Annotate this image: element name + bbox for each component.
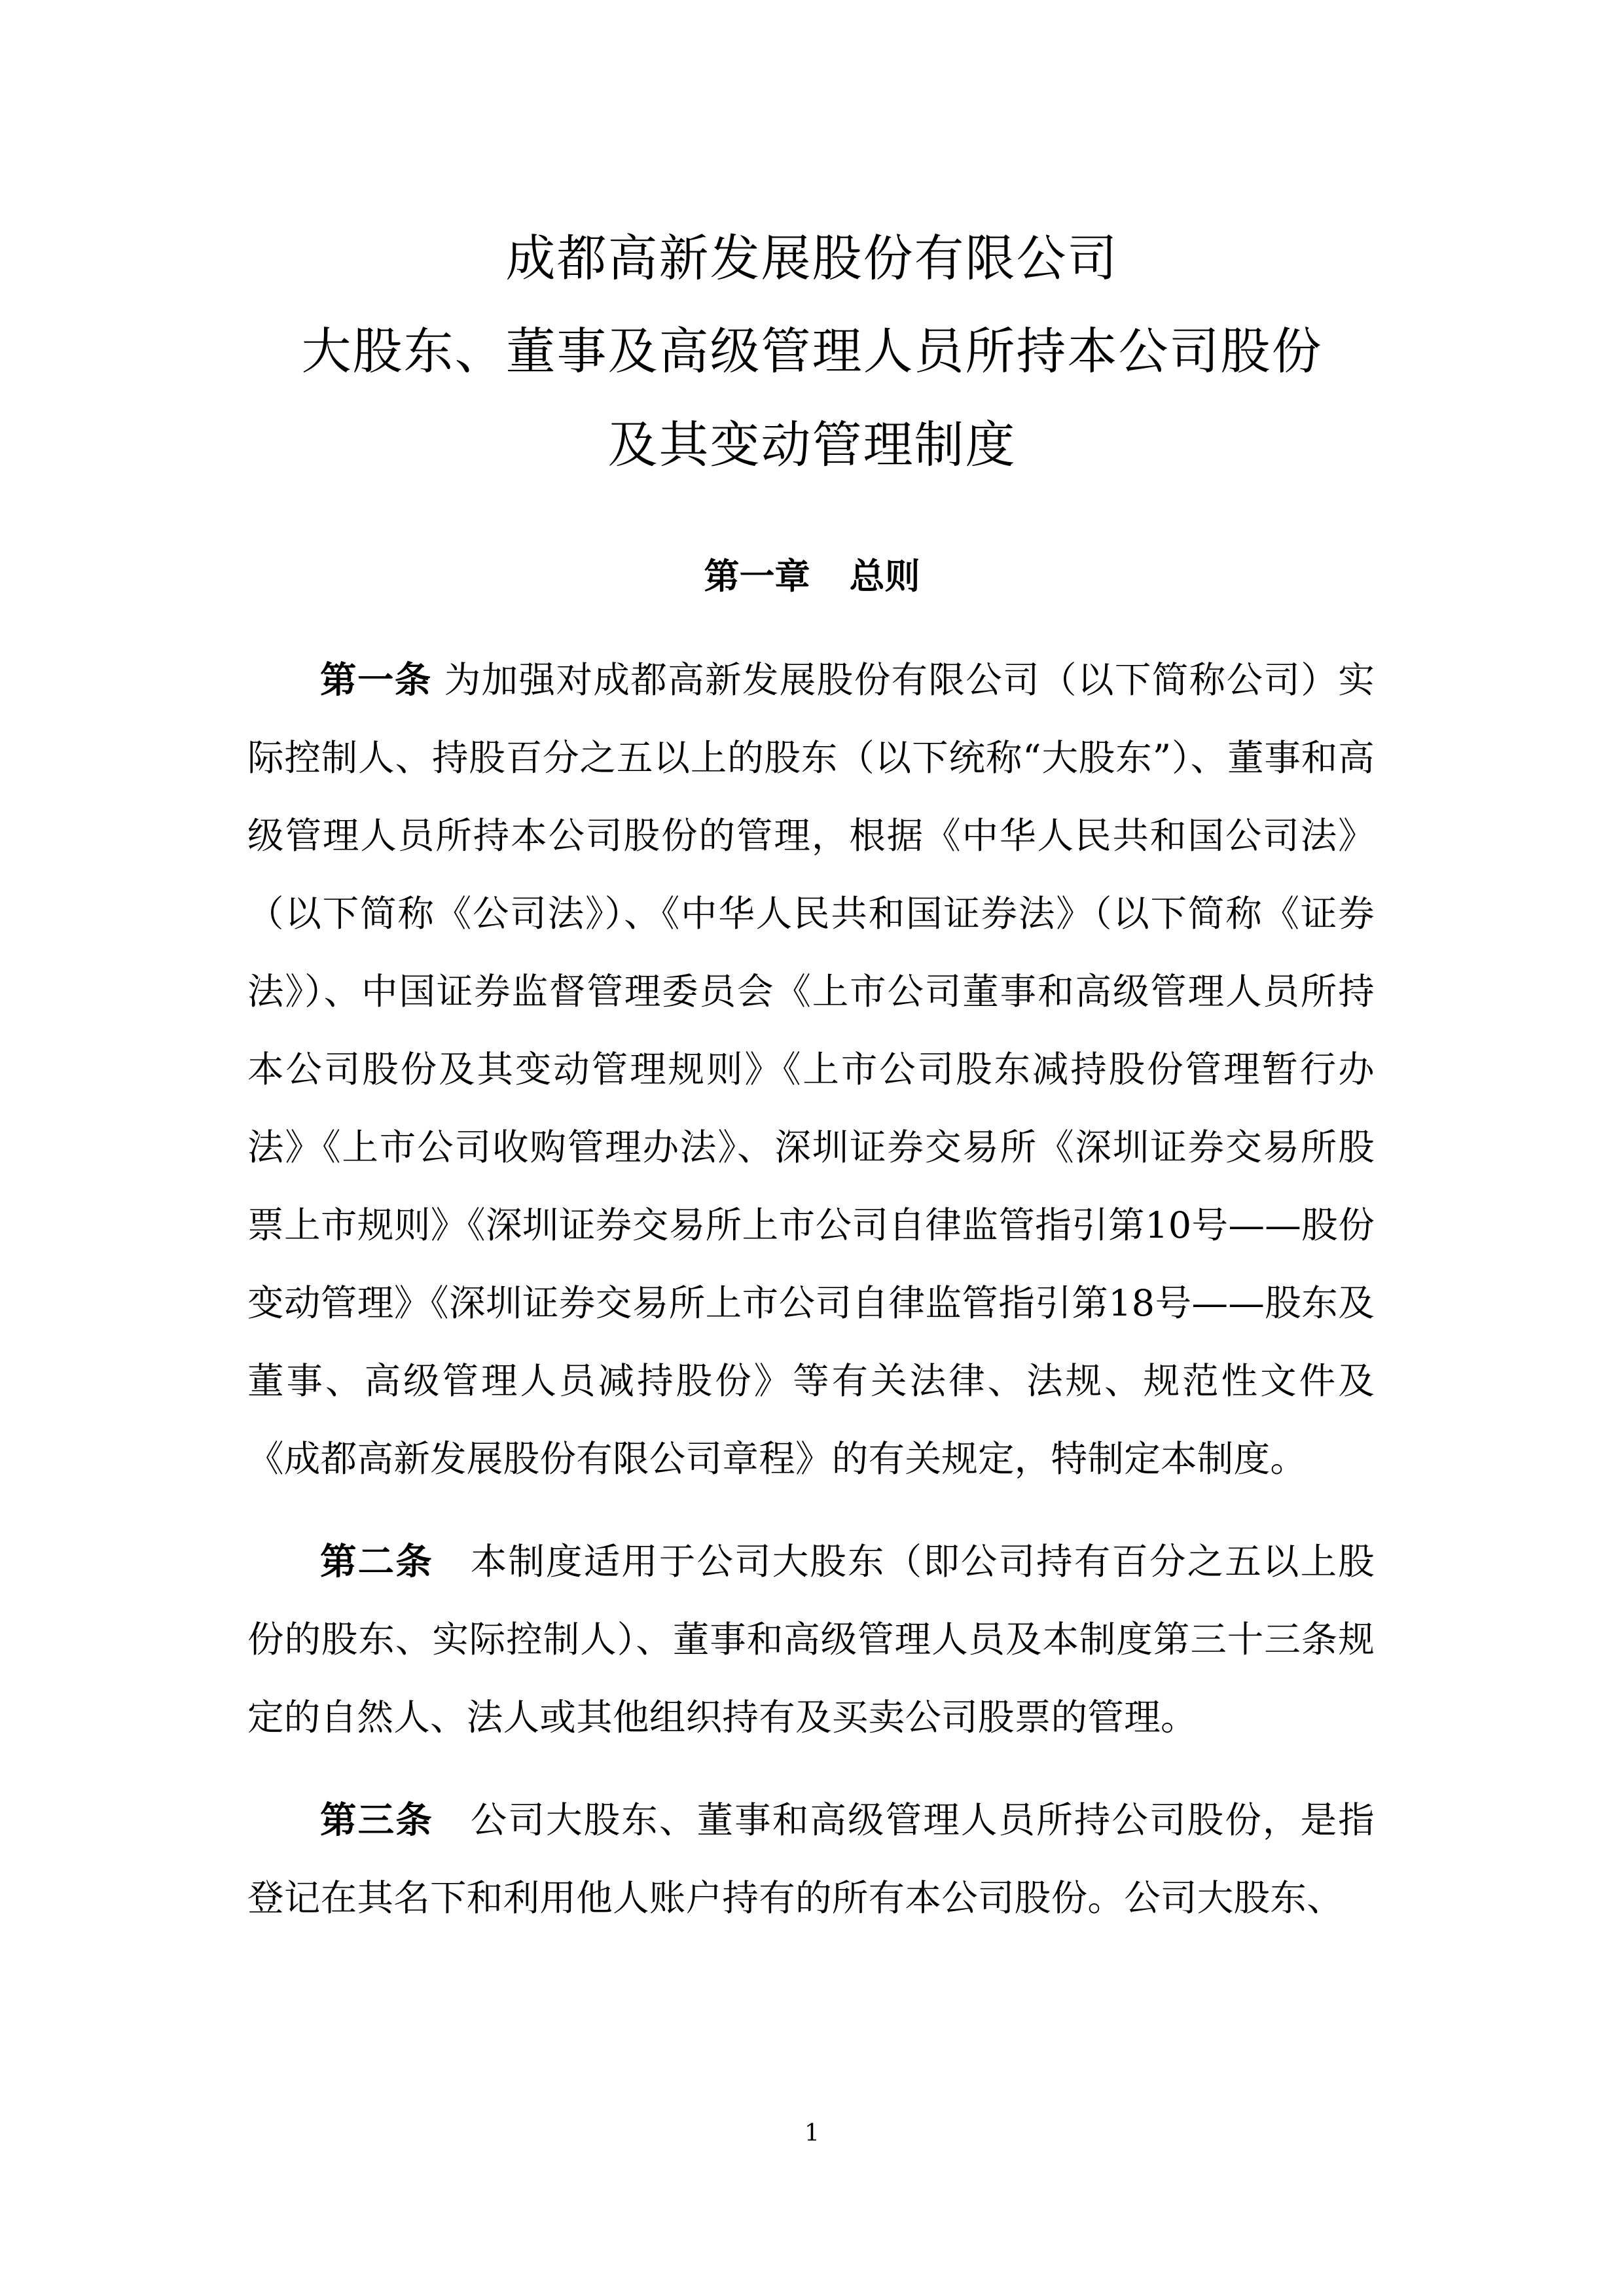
document-body: 第一条为加强对成都高新发展股份有限公司（以下简称公司）实际控制人、持股百分之五以… [247, 641, 1375, 1937]
article-label: 第三条 [320, 1799, 433, 1842]
article-label: 第二条 [320, 1541, 433, 1583]
article-1: 第一条为加强对成都高新发展股份有限公司（以下简称公司）实际控制人、持股百分之五以… [247, 641, 1375, 1498]
article-label: 第一条 [320, 659, 432, 702]
article-text: 为加强对成都高新发展股份有限公司（以下简称公司）实际控制人、持股百分之五以上的股… [247, 659, 1375, 1480]
article-2: 第二条本制度适用于公司大股东（即公司持有百分之五以上股份的股东、实际控制人）、董… [247, 1523, 1375, 1757]
page-number: 1 [0, 2121, 1624, 2147]
chapter-name: 总则 [850, 555, 920, 597]
article-3: 第三条公司大股东、董事和高级管理人员所持公司股份，是指登记在其名下和利用他人账户… [247, 1782, 1375, 1937]
chapter-number: 第一章 [704, 555, 810, 597]
document-title-line-3: 及其变动管理制度 [0, 412, 1624, 478]
chapter-heading: 第一章总则 [0, 550, 1624, 602]
document-title-line-1: 成都高新发展股份有限公司 [0, 226, 1624, 291]
document-title-line-2: 大股东、董事及高级管理人员所持本公司股份 [0, 319, 1624, 384]
